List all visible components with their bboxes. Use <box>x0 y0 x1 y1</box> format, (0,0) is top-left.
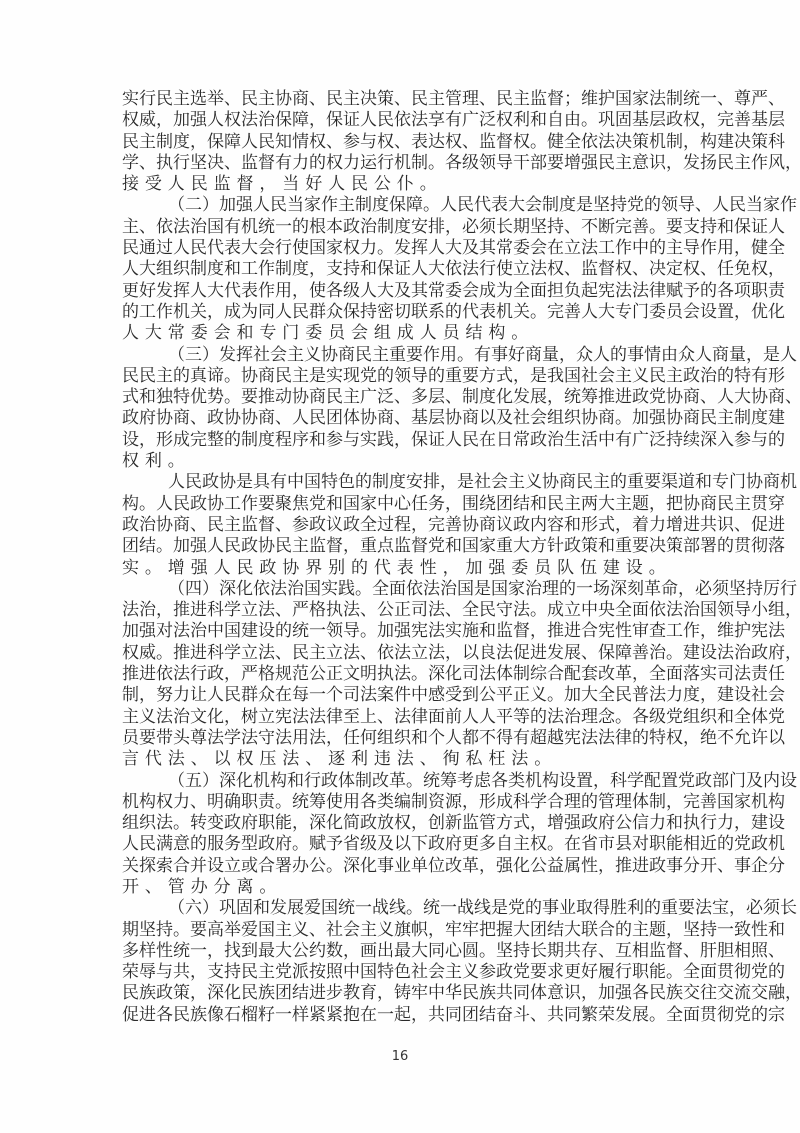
paragraph-6-institutional-reform: （五）深化机构和行政体制改革。统筹考虑各类机构设置，科学配置党政部门及内设 机构… <box>122 771 679 899</box>
text-line: 式和独特优势。要推动协商民主广泛、多层、制度化发展，统筹推进政党协商、人大协商、 <box>122 387 679 408</box>
text-line: 期坚持。要高举爱国主义、社会主义旗帜，牢牢把握大团结大联合的主题，坚持一致性和 <box>122 920 679 941</box>
text-line: 民主制度，保障人民知情权、参与权、表达权、监督权。健全依法决策机制，构建决策科 <box>122 132 679 153</box>
text-line: 主、依法治国有机统一的根本政治制度安排，必须长期坚持、不断完善。要支持和保证人 <box>122 217 679 238</box>
text-line: （六）巩固和发展爱国统一战线。统一战线是党的事业取得胜利的重要法宝，必须长 <box>122 898 679 919</box>
text-line: 民族政策，深化民族团结进步教育，铸牢中华民族共同体意识，加强各民族交往交流交融， <box>122 983 679 1004</box>
text-line: 员要带头尊法学法守法用法，任何组织和个人都不得有超越宪法法律的特权，绝不允许以 <box>122 728 679 749</box>
text-line: （二）加强人民当家作主制度保障。人民代表大会制度是坚持党的领导、人民当家作 <box>122 195 679 216</box>
text-line: 人大常委会和专门委员会组成人员结构。 <box>122 323 679 344</box>
text-line: 主义法治文化，树立宪法法律至上、法律面前人人平等的法治理念。各级党组织和全体党 <box>122 707 679 728</box>
text-line: 机构权力、明确职责。统筹使用各类编制资源，形成科学合理的管理体制，完善国家机构 <box>122 792 679 813</box>
text-line: 组织法。转变政府职能，深化简政放权，创新监管方式，增强政府公信力和执行力，建设 <box>122 813 679 834</box>
text-line: 人民政协是具有中国特色的制度安排，是社会主义协商民主的重要渠道和专门协商机 <box>122 472 679 493</box>
page-number: 16 <box>0 1049 800 1064</box>
text-line: 实。增强人民政协界别的代表性，加强委员队伍建设。 <box>122 558 679 579</box>
text-line: 法治，推进科学立法、严格执法、公正司法、全民守法。成立中央全面依法治国领导小组， <box>122 600 679 621</box>
text-line: 政治协商、民主监督、参政议政全过程，完善协商议政内容和形式，着力增进共识、促进 <box>122 515 679 536</box>
text-line: 设，形成完整的制度程序和参与实践，保证人民在日常政治生活中有广泛持续深入参与的 <box>122 430 679 451</box>
text-line: 更好发挥人大代表作用，使各级人大及其常委会成为全面担负起宪法法律赋予的各项职责 <box>122 281 679 302</box>
text-line: 多样性统一，找到最大公约数，画出最大同心圆。坚持长期共存、互相监督、肝胆相照、 <box>122 941 679 962</box>
text-line: 构。人民政协工作要聚焦党和国家中心任务，围绕团结和民主两大主题，把协商民主贯穿 <box>122 494 679 515</box>
text-line: 开、管办分离。 <box>122 877 679 898</box>
text-line: 民通过人民代表大会行使国家权力。发挥人大及其常委会在立法工作中的主导作用，健全 <box>122 238 679 259</box>
text-line: 权威，加强人权法治保障，保证人民依法享有广泛权利和自由。巩固基层政权，完善基层 <box>122 110 679 131</box>
text-line: 关探索合并设立或合署办公。深化事业单位改革，强化公益属性，推进政事分开、事企分 <box>122 856 679 877</box>
paragraph-2-people-as-masters: （二）加强人民当家作主制度保障。人民代表大会制度是坚持党的领导、人民当家作 主、… <box>122 195 679 344</box>
paragraph-4-cppcc: 人民政协是具有中国特色的制度安排，是社会主义协商民主的重要渠道和专门协商机 构。… <box>122 472 679 578</box>
text-line: 权威。推进科学立法、民主立法、依法立法，以良法促进发展、保障善治。建设法治政府， <box>122 643 679 664</box>
text-line: （四）深化依法治国实践。全面依法治国是国家治理的一场深刻革命，必须坚持厉行 <box>122 579 679 600</box>
text-line: 言代法、以权压法、逐利违法、徇私枉法。 <box>122 749 679 770</box>
text-line: 的工作机关，成为同人民群众保持密切联系的代表机关。完善人大专门委员会设置，优化 <box>122 302 679 323</box>
text-line: （三）发挥社会主义协商民主重要作用。有事好商量，众人的事情由众人商量，是人 <box>122 345 679 366</box>
text-line: 权利。 <box>122 451 679 472</box>
text-line: 促进各民族像石榴籽一样紧紧抱在一起，共同团结奋斗、共同繁荣发展。全面贯彻党的宗 <box>122 1005 679 1026</box>
paragraph-3-consultative-democracy: （三）发挥社会主义协商民主重要作用。有事好商量，众人的事情由众人商量，是人 民民… <box>122 345 679 473</box>
text-line: 学、执行坚决、监督有力的权力运行机制。各级领导干部要增强民主意识，发扬民主作风， <box>122 153 679 174</box>
text-line: 政府协商、政协协商、人民团体协商、基层协商以及社会组织协商。加强协商民主制度建 <box>122 408 679 429</box>
text-line: （五）深化机构和行政体制改革。统筹考虑各类机构设置，科学配置党政部门及内设 <box>122 771 679 792</box>
body-text: 实行民主选举、民主协商、民主决策、民主管理、民主监督；维护国家法制统一、尊严、 … <box>122 89 679 1026</box>
text-line: 人民满意的服务型政府。赋予省级及以下政府更多自主权。在省市县对职能相近的党政机 <box>122 834 679 855</box>
paragraph-5-rule-of-law: （四）深化依法治国实践。全面依法治国是国家治理的一场深刻革命，必须坚持厉行 法治… <box>122 579 679 771</box>
text-line: 民民主的真谛。协商民主是实现党的领导的重要方式，是我国社会主义民主政治的特有形 <box>122 366 679 387</box>
text-line: 制，努力让人民群众在每一个司法案件中感受到公平正义。加大全民普法力度，建设社会 <box>122 685 679 706</box>
text-line: 接受人民监督，当好人民公仆。 <box>122 174 679 195</box>
text-line: 实行民主选举、民主协商、民主决策、民主管理、民主监督；维护国家法制统一、尊严、 <box>122 89 679 110</box>
paragraph-7-united-front: （六）巩固和发展爱国统一战线。统一战线是党的事业取得胜利的重要法宝，必须长 期坚… <box>122 898 679 1026</box>
text-line: 推进依法行政，严格规范公正文明执法。深化司法体制综合配套改革，全面落实司法责任 <box>122 664 679 685</box>
paragraph-1: 实行民主选举、民主协商、民主决策、民主管理、民主监督；维护国家法制统一、尊严、 … <box>122 89 679 195</box>
text-line: 荣辱与共，支持民主党派按照中国特色社会主义参政党要求更好履行职能。全面贯彻党的 <box>122 962 679 983</box>
document-page: 实行民主选举、民主协商、民主决策、民主管理、民主监督；维护国家法制统一、尊严、 … <box>0 0 800 1133</box>
text-line: 团结。加强人民政协民主监督，重点监督党和国家重大方针政策和重要决策部署的贯彻落 <box>122 536 679 557</box>
text-line: 加强对法治中国建设的统一领导。加强宪法实施和监督，推进合宪性审查工作，维护宪法 <box>122 621 679 642</box>
text-line: 人大组织制度和工作制度，支持和保证人大依法行使立法权、监督权、决定权、任免权， <box>122 259 679 280</box>
